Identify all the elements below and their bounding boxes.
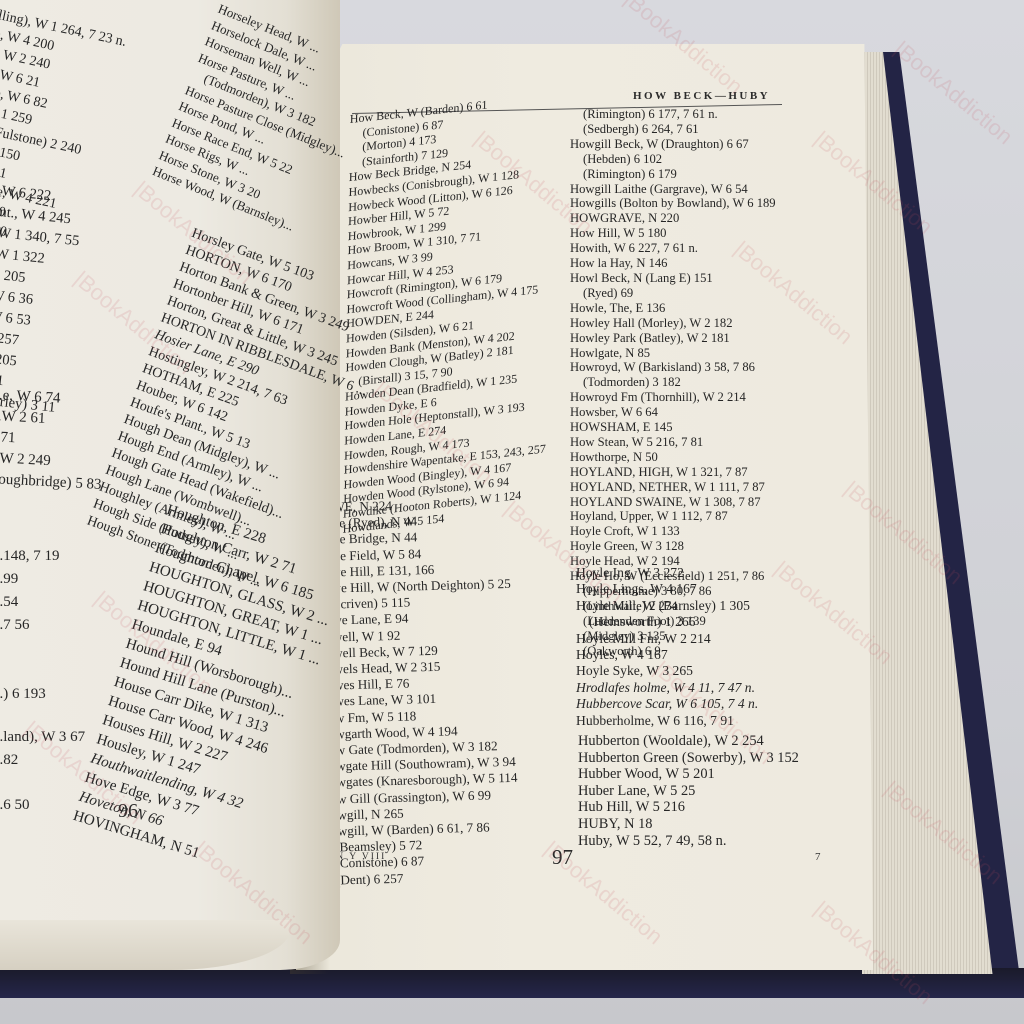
- index-entry: Hubberholme, W 6 116, 7 91: [576, 713, 758, 729]
- index-entry: Hrodlafes holme, W 4 11, 7 47 n.: [576, 680, 758, 696]
- index-entry: (Rimington) 6 179: [570, 167, 776, 182]
- index-entry: Howle, The, E 136: [570, 301, 776, 316]
- index-entry: Hoyle Croft, W 1 133: [570, 524, 776, 539]
- index-entry: Hoyland, Upper, W 1 112, 7 87: [570, 509, 776, 524]
- index-entry: Howroyd Fm (Thornhill), W 2 214: [570, 390, 776, 405]
- index-entry: Hubber Wood, W 5 201: [578, 766, 799, 783]
- index-entry: Howith, W 6 227, 7 61 n.: [570, 241, 776, 256]
- index-entry: Howthorpe, N 50: [570, 450, 776, 465]
- index-entry: How la Hay, N 146: [570, 256, 776, 271]
- index-entry: How Stean, W 5 216, 7 81: [570, 435, 776, 450]
- index-entry: Hoyle Green, W 3 128: [570, 539, 776, 554]
- index-entry: Hoyle Ing, W 3 272: [576, 565, 758, 581]
- index-entry: HOWGRAVE, N 220: [570, 211, 776, 226]
- index-entry: Howley Hall (Morley), W 2 182: [570, 316, 776, 331]
- index-entry: ...7 56: [0, 614, 85, 637]
- index-entry: (Sedbergh) 6 264, 7 61: [570, 122, 776, 137]
- index-entry: Howsber, W 6 64: [570, 405, 776, 420]
- index-entry: (Rimington) 6 177, 7 61 n.: [570, 107, 776, 122]
- index-entry: Hoyles, W 4 167: [576, 647, 758, 663]
- index-entry: Hub Hill, W 5 216: [578, 799, 799, 816]
- index-entry: ...54: [0, 591, 85, 614]
- index-entry: Hubberton (Wooldale), W 2 254: [578, 733, 799, 750]
- index-entry: (Hebden) 6 102: [570, 152, 776, 167]
- index-entry: Hoyle Lings, W 4 167: [576, 581, 758, 597]
- index-entry: (Todmorden) 3 182: [570, 375, 776, 390]
- index-entry: Howroyd, W (Barkisland) 3 58, 7 86: [570, 360, 776, 375]
- page-number-left: 96: [118, 800, 138, 823]
- index-entry: Howgill Beck, W (Draughton) 6 67: [570, 137, 776, 152]
- index-entry: Howgills (Bolton by Bowland), W 6 189: [570, 196, 776, 211]
- index-entry: Hoyle Syke, W 3 265: [576, 663, 758, 679]
- index-entry: ...6 50: [0, 794, 85, 817]
- index-entry: (Ryed) 69: [570, 286, 776, 301]
- book-photo: HOW BECK—HUBY How Beck, W (Barden) 6 61 …: [0, 0, 1024, 1024]
- index-entry: ...land), W 3 67: [0, 726, 85, 749]
- index-entry: Hubbercove Scar, W 6 105, 7 4 n.: [576, 696, 758, 712]
- index-entry: ...82: [0, 749, 85, 772]
- left-page-outer-column-lower: ...e, W 6 74 ...W 2 61 ...71 ...W 2 249 …: [0, 385, 106, 496]
- index-entry: Huber Lane, W 5 25: [578, 783, 799, 800]
- index-entry: HOYLAND, HIGH, W 1 321, 7 87: [570, 465, 776, 480]
- index-entry: Howl Beck, N (Lang E) 151: [570, 271, 776, 286]
- right-page-column-2-lower: Hoyle Ing, W 3 272 Hoyle Lings, W 4 167 …: [576, 565, 758, 729]
- index-entry: ...99: [0, 568, 85, 591]
- index-entry: ...) 6 193: [0, 683, 85, 706]
- index-entry: Hoyle Mill Fm, W 2 214: [576, 631, 758, 647]
- index-entry: HOYLAND, NETHER, W 1 111, 7 87: [570, 480, 776, 495]
- index-entry: Howlgate, N 85: [570, 346, 776, 361]
- index-entry: (Hemsworth) 1 266: [576, 614, 758, 630]
- index-entry: HOYLAND SWAINE, W 1 308, 7 87: [570, 495, 776, 510]
- index-entry: Hubberton Green (Sowerby), W 3 152: [578, 750, 799, 767]
- index-entry: HOWSHAM, E 145: [570, 420, 776, 435]
- left-page-outer-column-bottom: ...148, 7 19 ...99 ...54 ...7 56 ...) 6 …: [0, 545, 85, 817]
- right-page-column-2-bottom: Hubberton (Wooldale), W 2 254 Hubberton …: [578, 733, 799, 849]
- index-entry: Howgill Laithe (Gargrave), W 6 54: [570, 182, 776, 197]
- running-header: HOW BECK—HUBY: [633, 90, 770, 102]
- index-entry: HUBY, N 18: [578, 816, 799, 833]
- index-entry: Huby, W 5 52, 7 49, 58 n.: [578, 833, 799, 850]
- index-entry: ...148, 7 19: [0, 545, 85, 568]
- index-entry: How Hill, W 5 180: [570, 226, 776, 241]
- page-number-right: 97: [552, 845, 573, 870]
- index-entry: Hoyle Mill, W (Barnsley) 1 305: [576, 598, 758, 614]
- index-entry: Howley Park (Batley), W 2 181: [570, 331, 776, 346]
- signature-number: 7: [815, 851, 821, 863]
